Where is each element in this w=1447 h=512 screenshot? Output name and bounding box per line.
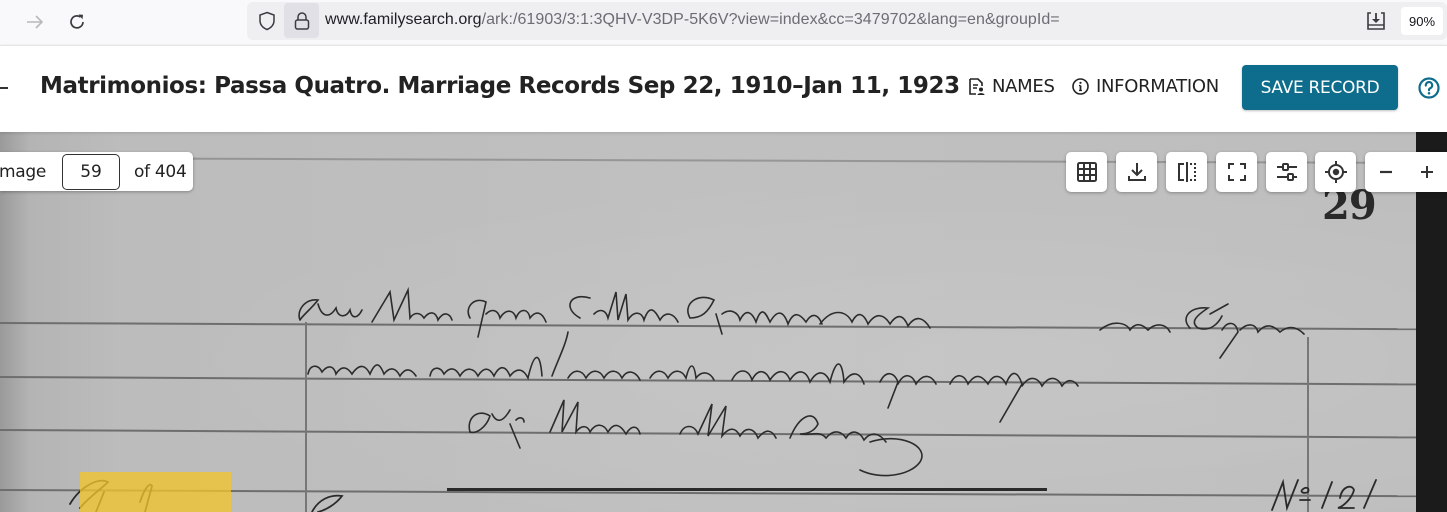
lock-icon xyxy=(293,11,311,31)
names-document-icon xyxy=(967,77,986,96)
info-circle-icon xyxy=(1071,77,1090,96)
target-icon xyxy=(1324,160,1348,184)
information-label: INFORMATION xyxy=(1096,76,1219,97)
download-tray-icon xyxy=(1365,10,1387,32)
locate-button[interactable] xyxy=(1315,152,1356,192)
url-host: www.familysearch.org xyxy=(325,11,482,28)
split-view-icon xyxy=(1176,161,1198,183)
site-info-button[interactable] xyxy=(284,3,319,38)
image-number-input[interactable] xyxy=(62,154,120,190)
forward-button[interactable] xyxy=(20,8,50,36)
fullscreen-icon xyxy=(1226,161,1248,183)
url-text[interactable]: www.familysearch.org/ark:/61903/3:1:3QHV… xyxy=(325,11,1060,29)
browser-toolbar: www.familysearch.org/ark:/61903/3:1:3QHV… xyxy=(0,0,1447,45)
grid-icon xyxy=(1076,161,1098,183)
save-record-button[interactable]: SAVE RECORD xyxy=(1242,65,1398,110)
fullscreen-button[interactable] xyxy=(1216,152,1257,192)
back-arrow-icon[interactable] xyxy=(0,87,8,89)
download-icon xyxy=(1126,161,1148,183)
record-header: Matrimonios: Passa Quatro. Marriage Reco… xyxy=(0,45,1447,132)
image-pager: mage of 404 xyxy=(0,152,193,191)
image-total: of 404 xyxy=(134,162,186,182)
tracking-protection-button[interactable] xyxy=(256,9,278,33)
indexed-name-highlight[interactable] xyxy=(80,472,231,512)
plus-icon xyxy=(1419,164,1435,180)
names-label: NAMES xyxy=(992,76,1055,97)
information-button[interactable]: INFORMATION xyxy=(1071,76,1219,97)
grid-view-button[interactable] xyxy=(1066,152,1107,192)
download-button[interactable] xyxy=(1116,152,1157,192)
zoom-controls xyxy=(1365,152,1447,192)
adjust-image-button[interactable] xyxy=(1266,152,1307,192)
minus-icon xyxy=(1378,164,1394,180)
downloads-button[interactable] xyxy=(1363,8,1389,34)
page-title: Matrimonios: Passa Quatro. Marriage Reco… xyxy=(40,73,960,99)
help-button[interactable] xyxy=(1417,76,1441,100)
compare-button[interactable] xyxy=(1166,152,1207,192)
reload-button[interactable] xyxy=(62,8,92,36)
zoom-level-badge[interactable]: 90% xyxy=(1401,7,1443,35)
shield-icon xyxy=(258,11,276,31)
sliders-icon xyxy=(1275,161,1299,183)
help-circle-icon xyxy=(1417,76,1441,100)
reload-icon xyxy=(67,12,87,32)
zoom-in-button[interactable] xyxy=(1406,152,1447,192)
image-label: mage xyxy=(0,162,46,182)
url-path: /ark:/61903/3:1:3QHV-V3DP-5K6V?view=inde… xyxy=(482,11,1060,28)
names-button[interactable]: NAMES xyxy=(967,76,1055,97)
zoom-out-button[interactable] xyxy=(1365,152,1406,192)
arrow-right-icon xyxy=(25,14,45,30)
